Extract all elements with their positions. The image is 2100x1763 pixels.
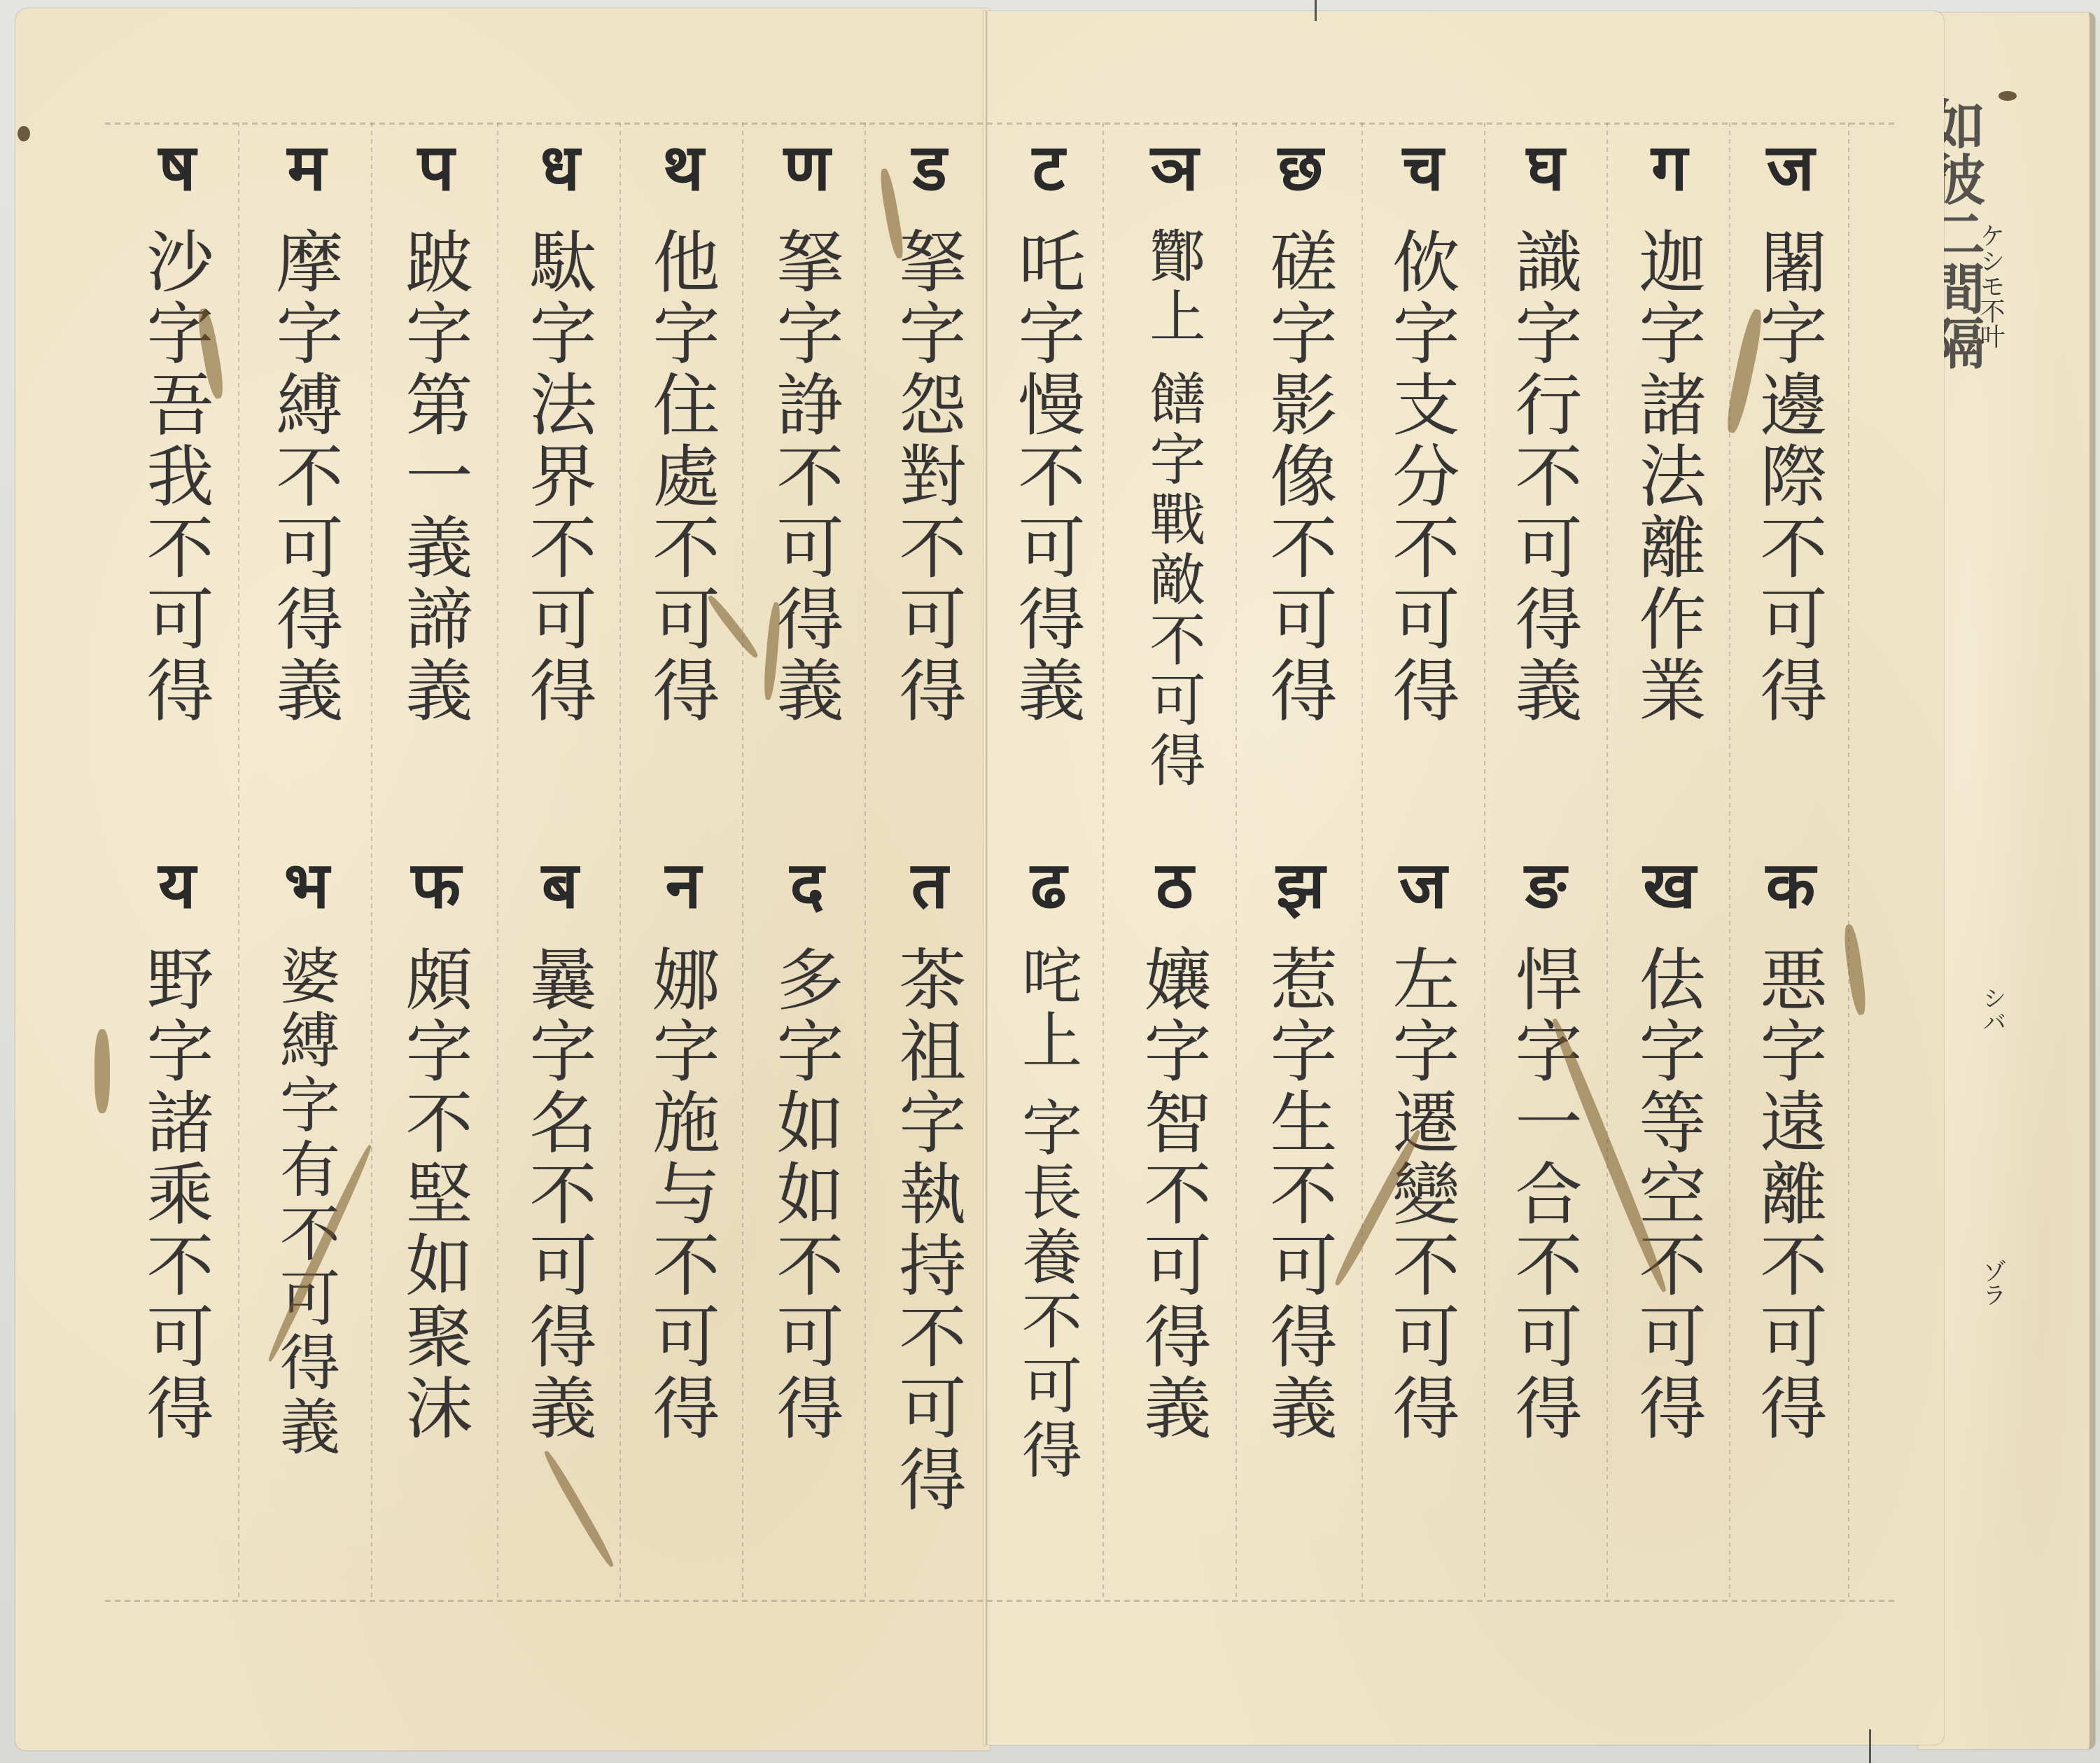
siddham-glyph: य [158, 844, 191, 928]
syllable-entry: ख 佉字等空不可得 [1615, 844, 1720, 1444]
column-rule [371, 123, 372, 1600]
syllable-entry: ब 曩字名不可得義 [505, 844, 610, 1444]
bottom-margin-rule [105, 1600, 1897, 1602]
syllable-entry: क 悪字遠離不可得 [1736, 844, 1841, 1444]
syllable-entry: प 跛字第一義諦義 [381, 126, 486, 727]
syllable-entry: झ 惹字生不可得義 [1246, 844, 1351, 1444]
gloss-text: 迦字諸法離作業 [1634, 227, 1701, 727]
column-rule [864, 123, 866, 1600]
syllable-entry: ज 左字遷變不可得 [1368, 844, 1473, 1444]
syllable-entry: न 娜字施与不可得 [629, 844, 734, 1444]
column-rule [1606, 123, 1608, 1600]
column-rule [1729, 123, 1730, 1600]
siddham-glyph: ड [912, 126, 942, 210]
gloss-text: 曩字名不可得義 [524, 945, 591, 1444]
gloss-text: 駄字法界不可得 [524, 227, 591, 727]
siddham-glyph: न [665, 844, 696, 928]
siddham-glyph: ज [1767, 126, 1810, 210]
back-leaf-kana-note-1: ケシモ不叶 [1973, 223, 2008, 349]
column-rule [238, 123, 239, 1600]
syllable-entry: ष 沙字吾我不可得 [122, 126, 227, 727]
gloss-text: 婆縛字有不可得義 [274, 945, 335, 1460]
gloss-text: 茶祖字執持不可得 [894, 945, 961, 1516]
siddham-glyph: ग [1651, 126, 1683, 210]
gloss-text: 野字諸乘不可得 [141, 945, 209, 1444]
syllable-entry: घ 識字行不可得義 [1491, 126, 1596, 727]
binding-thread [1869, 1729, 1871, 1763]
siddham-glyph: ध [540, 126, 576, 210]
gloss-text: 惹字生不可得義 [1265, 945, 1332, 1444]
siddham-glyph: ङ [1525, 844, 1562, 928]
top-margin-rule [105, 123, 1897, 125]
syllable-entry: छ 磋字影像不可得 [1246, 126, 1351, 727]
column-rule [1484, 123, 1485, 1600]
siddham-glyph: ठ [1156, 844, 1189, 928]
siddham-glyph: प [418, 126, 450, 210]
syllable-entry: त 茶祖字執持不可得 [875, 844, 980, 1516]
page-fold [986, 11, 988, 1745]
syllable-entry: ञ 酇上 饍字戰敵不可得 [1120, 126, 1225, 790]
syllable-entry: फ 頗字不堅如聚沫 [381, 844, 486, 1444]
gloss-text: 多字如如不可得 [771, 945, 839, 1444]
syllable-entry: ढ 咤上 字長養不可得 [994, 844, 1099, 1483]
siddham-glyph: द [790, 844, 820, 928]
binding-hole [1998, 91, 2017, 101]
siddham-glyph: ख [1643, 844, 1691, 928]
column-rule [497, 123, 498, 1600]
gloss-text: 左字遷變不可得 [1387, 945, 1455, 1444]
back-leaf-kana-note-3: ゾラ [1975, 1259, 2010, 1306]
gloss-text: 娜字施与不可得 [647, 945, 715, 1444]
syllable-entry: ध 駄字法界不可得 [505, 126, 610, 727]
siddham-glyph: भ [284, 844, 325, 928]
column-rule [1361, 123, 1363, 1600]
gloss-text: 吒字慢不可得義 [1013, 227, 1080, 727]
gloss-text: 沙字吾我不可得 [141, 227, 209, 727]
gloss-text: 他字住處不可得 [647, 227, 715, 727]
syllable-entry: म 摩字縛不可得義 [252, 126, 357, 727]
siddham-glyph: ण [784, 126, 827, 210]
syllable-entry: ठ 孃字智不可得義 [1120, 844, 1225, 1444]
siddham-glyph: म [287, 126, 321, 210]
gloss-text: 識字行不可得義 [1510, 227, 1577, 727]
syllable-entry: ट 吒字慢不可得義 [994, 126, 1099, 727]
syllable-entry: य 野字諸乘不可得 [122, 844, 227, 1444]
column-rule [1848, 123, 1849, 1600]
gloss-text: 佉字等空不可得 [1634, 945, 1701, 1444]
gloss-text: 磋字影像不可得 [1265, 227, 1332, 727]
worm-stain [94, 1029, 110, 1113]
gloss-text: 悍字一合不可得 [1510, 945, 1577, 1444]
gloss-text: 咤上 字長養不可得 [1016, 945, 1077, 1483]
binding-hole [17, 126, 30, 141]
gloss-text: 悪字遠離不可得 [1755, 945, 1822, 1444]
syllable-entry: च 佽字支分不可得 [1368, 126, 1473, 727]
column-rule [619, 123, 621, 1600]
syllable-entry: भ 婆縛字有不可得義 [252, 844, 357, 1460]
gloss-text: 跛字第一義諦義 [400, 227, 468, 727]
siddham-glyph: त [911, 844, 944, 928]
siddham-glyph: छ [1278, 126, 1319, 210]
siddham-glyph: च [1403, 126, 1439, 210]
column-rule [742, 123, 743, 1600]
back-leaf: 如彼二間隔 ケシモ不叶 シバ ゾラ [1918, 13, 2095, 1749]
syllable-entry: द 多字如如不可得 [752, 844, 857, 1444]
siddham-glyph: ष [158, 126, 191, 210]
gloss-text: 頗字不堅如聚沫 [400, 945, 468, 1444]
gloss-text: 拏字怨對不可得 [894, 227, 961, 727]
column-rule [1102, 123, 1104, 1600]
gloss-text: 酇上 饍字戰敵不可得 [1144, 227, 1200, 790]
gloss-text: 孃字智不可得義 [1139, 945, 1206, 1444]
siddham-glyph: फ [412, 844, 457, 928]
siddham-glyph: क [1766, 844, 1812, 928]
siddham-glyph: ज [1399, 844, 1443, 928]
syllable-entry: ग 迦字諸法離作業 [1615, 126, 1720, 727]
column-rule [1235, 123, 1237, 1600]
gloss-text: 闍字邊際不可得 [1755, 227, 1822, 727]
gloss-text: 摩字縛不可得義 [271, 227, 338, 727]
back-leaf-kana-note-2: シバ [1975, 986, 2010, 1033]
siddham-glyph: थ [663, 126, 700, 210]
syllable-entry: थ 他字住處不可得 [629, 126, 734, 727]
gloss-text: 佽字支分不可得 [1387, 227, 1455, 727]
siddham-glyph: ञ [1151, 126, 1194, 210]
siddham-glyph: झ [1276, 844, 1321, 928]
siddham-glyph: ढ [1030, 844, 1063, 928]
binding-thread [1315, 0, 1317, 21]
gloss-text: 拏字諍不可得義 [771, 227, 839, 727]
siddham-glyph: ब [542, 844, 575, 928]
syllable-entry: ज 闍字邊際不可得 [1736, 126, 1841, 727]
siddham-glyph: ट [1032, 126, 1060, 210]
syllable-entry: ङ 悍字一合不可得 [1491, 844, 1596, 1444]
siddham-glyph: घ [1527, 126, 1560, 210]
